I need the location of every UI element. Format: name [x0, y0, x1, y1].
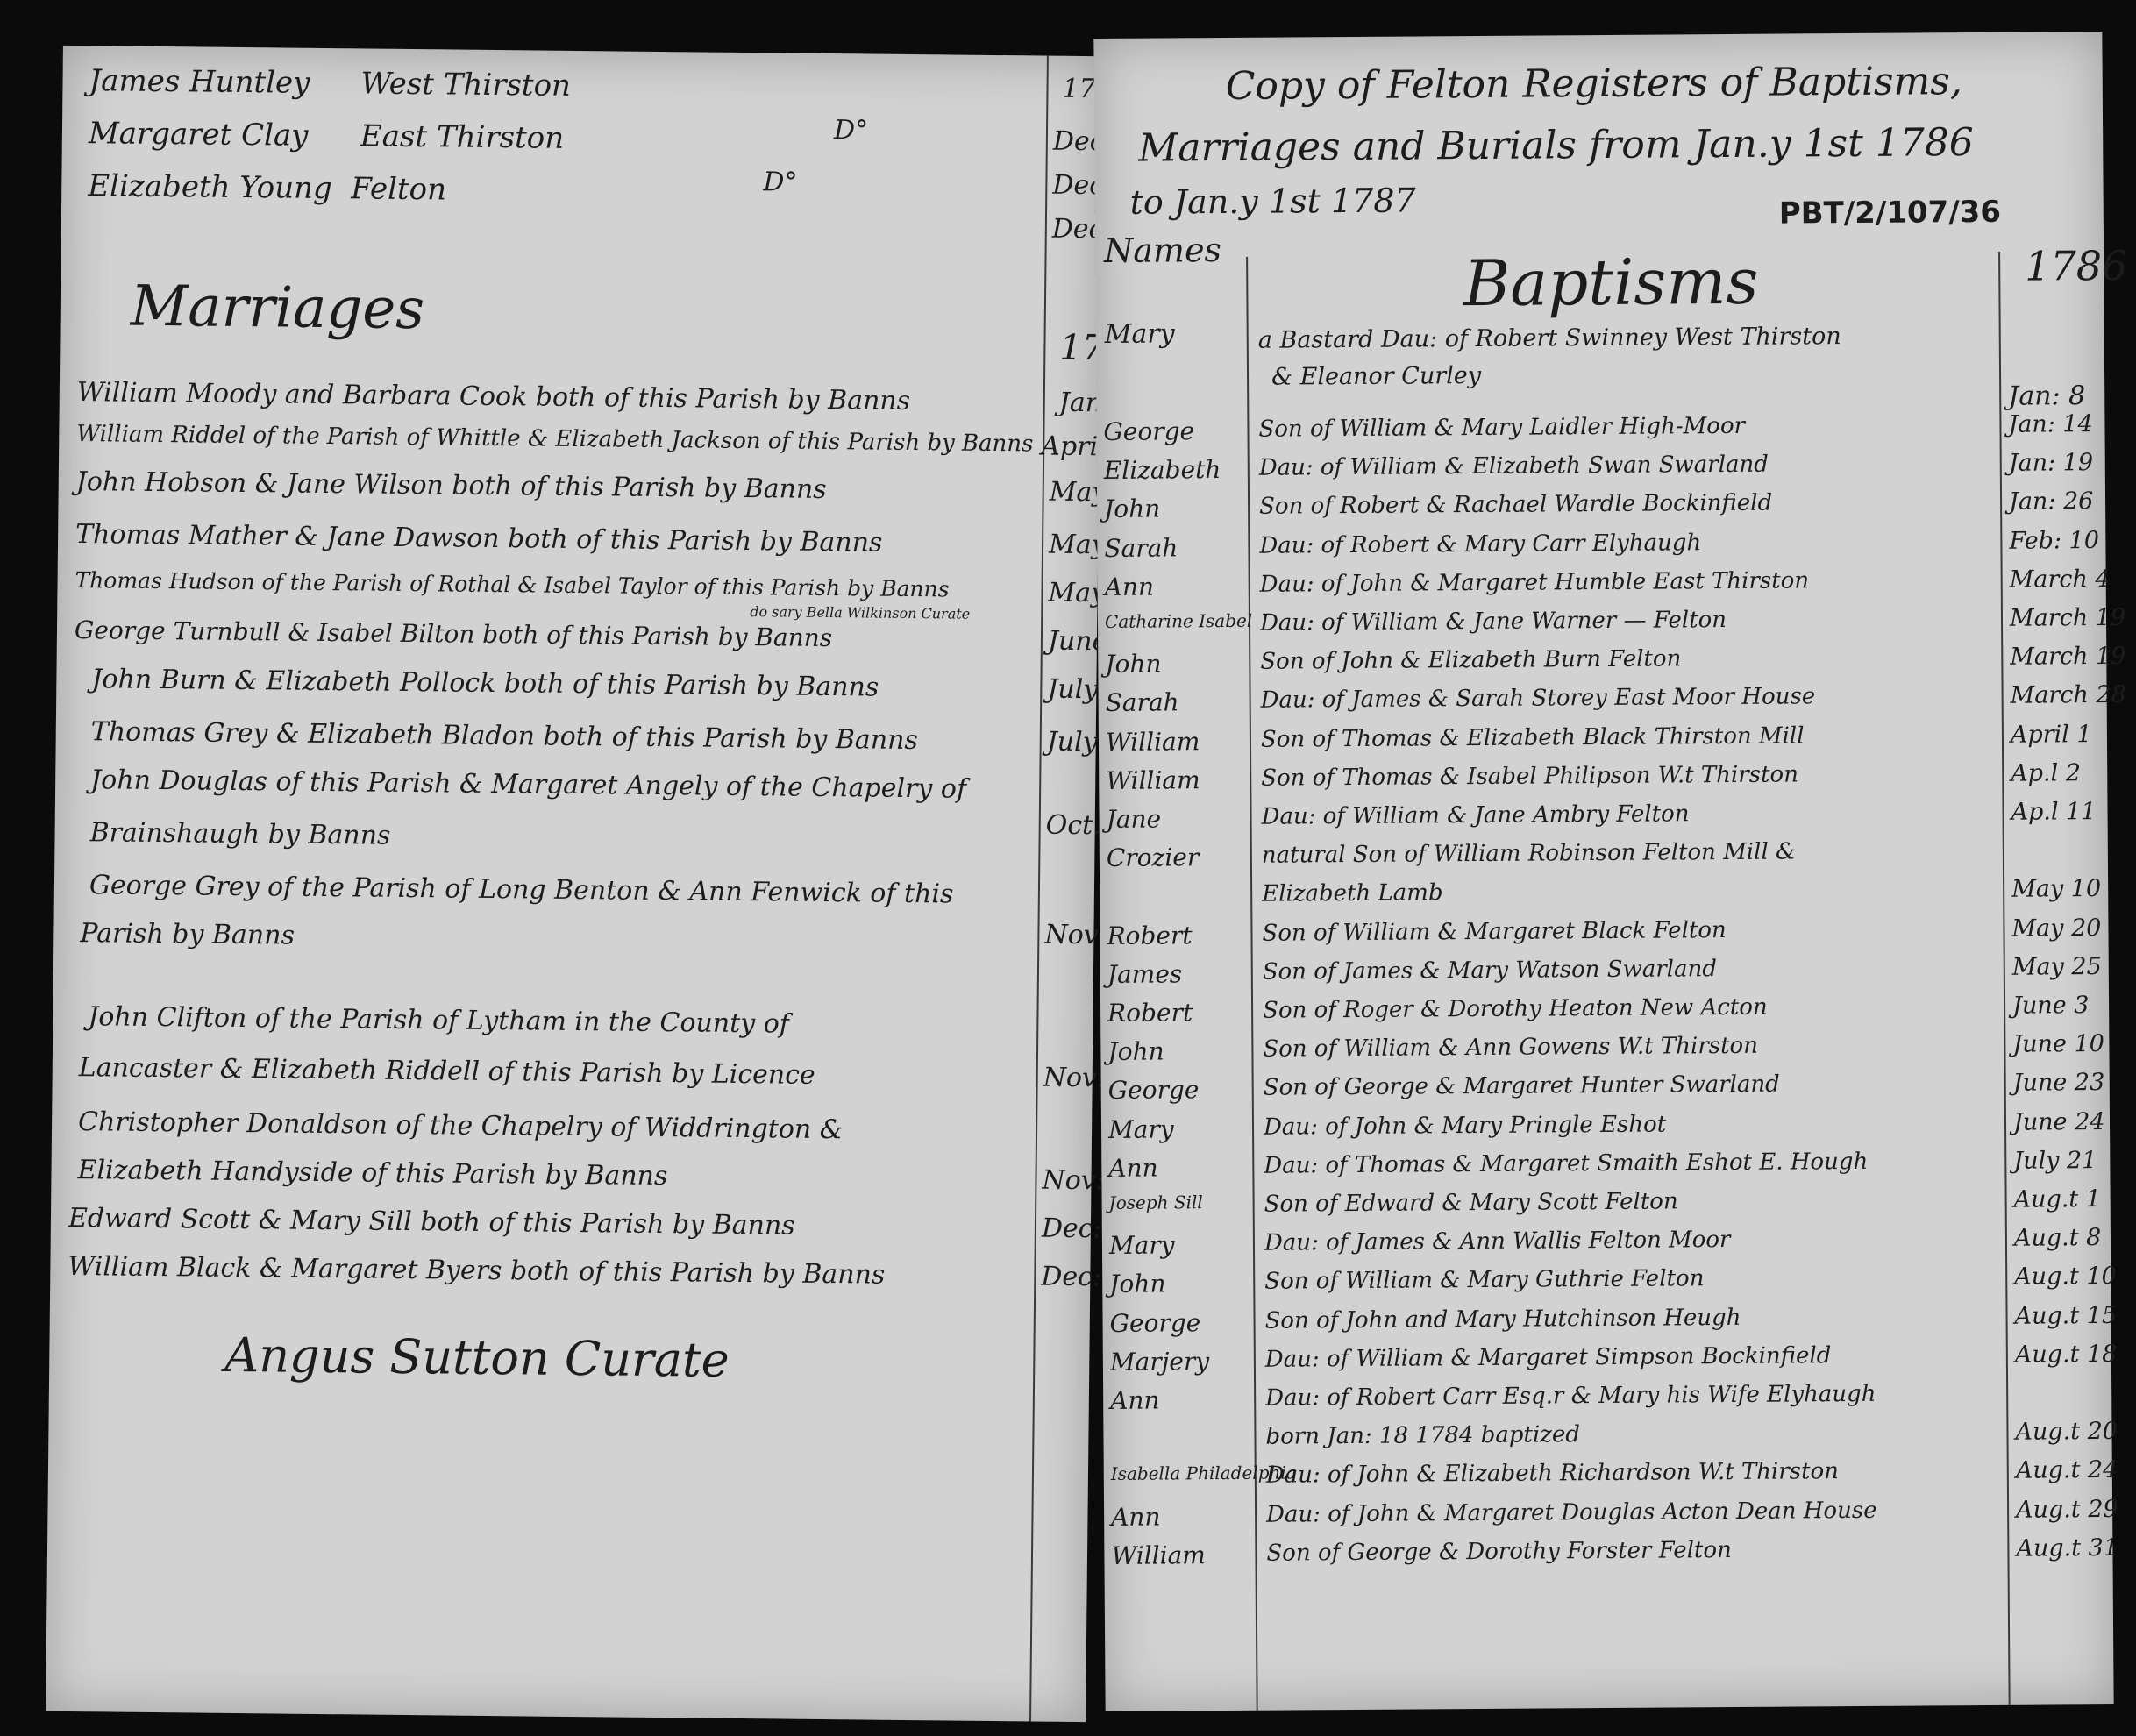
child-name: Sarah	[1106, 687, 1179, 717]
child-name: Mary	[1108, 1114, 1174, 1144]
baptism-date: Aug.t 8	[2014, 1224, 2102, 1252]
baptism-date: Aug.t 1	[2014, 1185, 2102, 1213]
marriage-annotation: do sary Bella Wilkinson Curate	[750, 603, 970, 623]
baptism-entry: Son of William & Margaret Black Felton	[1262, 917, 1726, 947]
baptism-entry: a Bastard Dau: of Robert Swinney West Th…	[1258, 323, 1841, 354]
child-name: George	[1103, 416, 1194, 446]
curate-signature: Angus Sutton Curate	[224, 1327, 730, 1388]
baptism-entry: Son of Robert & Rachael Wardle Bockinfie…	[1259, 490, 1772, 520]
marriage-entry: George Turnbull & Isabel Bilton both of …	[75, 615, 832, 652]
baptism-date: June 23	[2013, 1069, 2105, 1097]
marriage-entry: Brainshaugh by Banns	[89, 817, 390, 851]
marriages-heading: Marriages	[130, 274, 424, 343]
baptism-entry: Dau: of William & Jane Ambry Felton	[1261, 800, 1689, 829]
baptism-entry: Dau: of Thomas & Margaret Smaith Eshot E…	[1264, 1149, 1868, 1179]
marriage-entry: Lancaster & Elizabeth Riddell of this Pa…	[79, 1052, 815, 1091]
archive-reference: PBT/2/107/36	[1779, 195, 2002, 231]
child-name: Robert	[1107, 921, 1192, 950]
marriage-entry: Christopher Donaldson of the Chapelry of…	[78, 1106, 844, 1145]
baptism-entry: Dau: of Robert Carr Esq.r & Mary his Wif…	[1265, 1381, 1876, 1412]
baptism-entry: Son of William & Mary Guthrie Felton	[1264, 1265, 1704, 1294]
baptisms-year: 1786	[2025, 242, 2127, 290]
baptism-entry: Dau: of Robert & Mary Carr Elyhaugh	[1259, 530, 1701, 559]
burial-place: East Thirston	[360, 118, 565, 155]
baptism-entry: Elizabeth Lamb	[1262, 879, 1443, 907]
baptism-date: June 3	[2012, 992, 2090, 1020]
baptism-date: Aug.t 31	[2016, 1534, 2118, 1562]
baptism-date: Aug.t 18	[2015, 1341, 2118, 1369]
child-name: Joseph Sill	[1109, 1192, 1203, 1213]
baptism-date: May 25	[2012, 953, 2102, 981]
baptism-entry: Dau: of John & Elizabeth Richardson W.t …	[1266, 1458, 1839, 1489]
names-column-rule	[1246, 257, 1258, 1711]
child-name: William	[1111, 1540, 1206, 1570]
marriage-entry: George Grey of the Parish of Long Benton…	[89, 870, 954, 909]
burial-name: Elizabeth Young	[88, 168, 332, 206]
marriage-entry: William Riddel of the Parish of Whittle …	[76, 421, 1033, 457]
baptism-entry: Dau: of James & Ann Wallis Felton Moor	[1264, 1227, 1731, 1256]
child-name: George	[1109, 1308, 1200, 1338]
marriage-entry: Edward Scott & Mary Sill both of this Pa…	[68, 1203, 795, 1242]
baptism-entry: Son of Roger & Dorothy Heaton New Acton	[1263, 994, 1768, 1024]
ditto-mark: D°	[763, 167, 797, 197]
baptism-entry: Dau: of John & Margaret Douglas Acton De…	[1266, 1498, 1877, 1528]
baptism-entry: Son of Thomas & Elizabeth Black Thirston…	[1261, 722, 1805, 752]
baptism-entry: Dau: of John & Margaret Humble East Thir…	[1260, 567, 1810, 597]
baptism-entry: born Jan: 18 1784 baptized	[1265, 1421, 1580, 1450]
baptism-entry: natural Son of William Robinson Felton M…	[1262, 838, 1796, 868]
child-name: Mary	[1109, 1230, 1175, 1260]
baptism-entry: Son of John and Mary Hutchinson Heugh	[1264, 1305, 1741, 1334]
baptism-date: March 4	[2010, 566, 2111, 594]
baptisms-rows: GeorgeSon of William & Mary Laidler High…	[1093, 32, 2102, 39]
child-name: Marjery	[1110, 1347, 1209, 1377]
marriage-entry: William Moody and Barbara Cook both of t…	[77, 377, 911, 416]
child-name: William	[1106, 727, 1200, 757]
baptism-date: July 21	[2013, 1147, 2097, 1175]
baptism-date: Aug.t 10	[2014, 1263, 2117, 1291]
child-name: Ann	[1105, 573, 1155, 601]
marriage-entry: Thomas Grey & Elizabeth Bladon both of t…	[91, 716, 918, 756]
child-name: Jane	[1106, 805, 1161, 834]
baptism-date: Ap.l 2	[2011, 759, 2081, 787]
ditto-mark: D°	[834, 115, 868, 146]
date-column-rule	[1029, 56, 1049, 1722]
burial-name: Margaret Clay	[89, 116, 309, 153]
baptism-date: Jan: 8	[2008, 381, 2085, 412]
baptism-date: Aug.t 29	[2016, 1496, 2118, 1524]
child-name: Robert	[1107, 998, 1193, 1028]
baptism-entry: Son of Thomas & Isabel Philipson W.t Thi…	[1261, 761, 1798, 791]
baptism-entry: Dau: of John & Mary Pringle Eshot	[1264, 1112, 1666, 1141]
child-name: Sarah	[1104, 533, 1178, 563]
marriage-entry: Thomas Hudson of the Parish of Rothal & …	[75, 567, 949, 601]
baptism-date: May 10	[2011, 875, 2101, 903]
child-name: George	[1108, 1075, 1200, 1105]
marriage-entry: William Black & Margaret Byers both of t…	[68, 1251, 885, 1291]
marriage-entry: Elizabeth Handyside of this Parish by Ba…	[77, 1155, 667, 1192]
baptism-entry: Son of George & Margaret Hunter Swarland	[1264, 1071, 1780, 1101]
baptisms-list: Mary a Bastard Dau: of Robert Swinney We…	[1093, 32, 2102, 39]
child-name: John	[1109, 1269, 1165, 1298]
baptism-entry: Dau: of William & Jane Warner — Felton	[1260, 607, 1727, 637]
marriage-entry: Parish by Banns	[80, 918, 295, 951]
left-page: James Huntley West Thirston 1785 Margare…	[46, 46, 1103, 1722]
baptism-entry: Son of Edward & Mary Scott Felton	[1264, 1188, 1678, 1217]
marriage-entry: John Clifton of the Parish of Lytham in …	[88, 1001, 789, 1039]
baptism-entry: Son of William & Mary Laidler High-Moor	[1258, 413, 1745, 443]
child-name: John	[1104, 494, 1160, 523]
baptism-entry: Son of James & Mary Watson Swarland	[1263, 956, 1717, 985]
marriage-entry: John Hobson & Jane Wilson both of this P…	[76, 466, 827, 505]
baptism-entry: Son of George & Dorothy Forster Felton	[1266, 1537, 1732, 1567]
baptism-date: March 19	[2010, 643, 2125, 671]
child-name: John	[1105, 650, 1161, 679]
baptism-date: Feb: 10	[2009, 527, 2099, 555]
child-name: Ann	[1108, 1154, 1158, 1183]
baptism-date: March 19	[2010, 604, 2125, 632]
baptism-date: Aug.t 20	[2015, 1418, 2118, 1446]
baptism-date: June 24	[2013, 1108, 2105, 1136]
baptism-entry: Dau: of William & Margaret Simpson Bocki…	[1265, 1342, 1832, 1373]
marriages-list: William Moody and Barbara Cook both of t…	[63, 46, 1103, 56]
child-name: Elizabeth	[1104, 455, 1221, 485]
baptism-date: June 10	[2012, 1030, 2104, 1058]
child-name: Catharine Isabel	[1105, 610, 1252, 632]
baptism-date: Aug.t 15	[2014, 1302, 2117, 1330]
burial-name: James Huntley	[89, 63, 310, 101]
baptism-date: Jan: 19	[2009, 449, 2094, 477]
baptism-entry: Son of John & Elizabeth Burn Felton	[1260, 645, 1681, 674]
marriage-entry: John Burn & Elizabeth Pollock both of th…	[91, 664, 879, 702]
baptism-date: March 28	[2011, 681, 2126, 709]
baptism-entry: & Eleanor Curley	[1271, 362, 1481, 391]
names-column-header: Names	[1104, 231, 1221, 270]
baptism-entry: Son of William & Ann Gowens W.t Thirston	[1263, 1033, 1758, 1063]
baptism-date: April 1	[2011, 721, 2092, 749]
marriage-entry: John Douglas of this Parish & Margaret A…	[90, 765, 966, 804]
register-title-line-3: to Jan.y 1st 1787	[1130, 181, 1416, 221]
baptism-entry: Dau: of James & Sarah Storey East Moor H…	[1261, 683, 1816, 713]
burial-place: Felton	[351, 171, 446, 207]
baptism-date: Jan: 14	[2008, 410, 2093, 438]
child-name: Mary	[1105, 318, 1175, 350]
baptism-date: May 20	[2011, 914, 2101, 943]
baptism-date: Ap.l 11	[2011, 798, 2096, 826]
register-title-line-2: Marriages and Burials from Jan.y 1st 178…	[1138, 120, 1974, 171]
child-name: William	[1106, 765, 1200, 795]
child-name: John	[1107, 1037, 1164, 1066]
burial-place: West Thirston	[360, 66, 571, 103]
register-title-line-1: Copy of Felton Registers of Baptisms,	[1226, 59, 1962, 109]
baptism-date: Jan: 26	[2009, 487, 2094, 516]
baptisms-heading: Baptisms	[1463, 245, 1759, 320]
baptism-entry: Dau: of William & Elizabeth Swan Swarlan…	[1259, 452, 1769, 481]
right-page: Copy of Felton Registers of Baptisms, Ma…	[1093, 32, 2113, 1711]
child-name: Ann	[1111, 1503, 1161, 1532]
child-name: Ann	[1110, 1386, 1160, 1415]
marriage-entry: Thomas Mather & Jane Dawson both of this…	[75, 519, 883, 559]
baptism-date: Aug.t 24	[2016, 1456, 2118, 1484]
child-name: James	[1107, 959, 1183, 989]
child-name: Crozier	[1107, 843, 1200, 872]
